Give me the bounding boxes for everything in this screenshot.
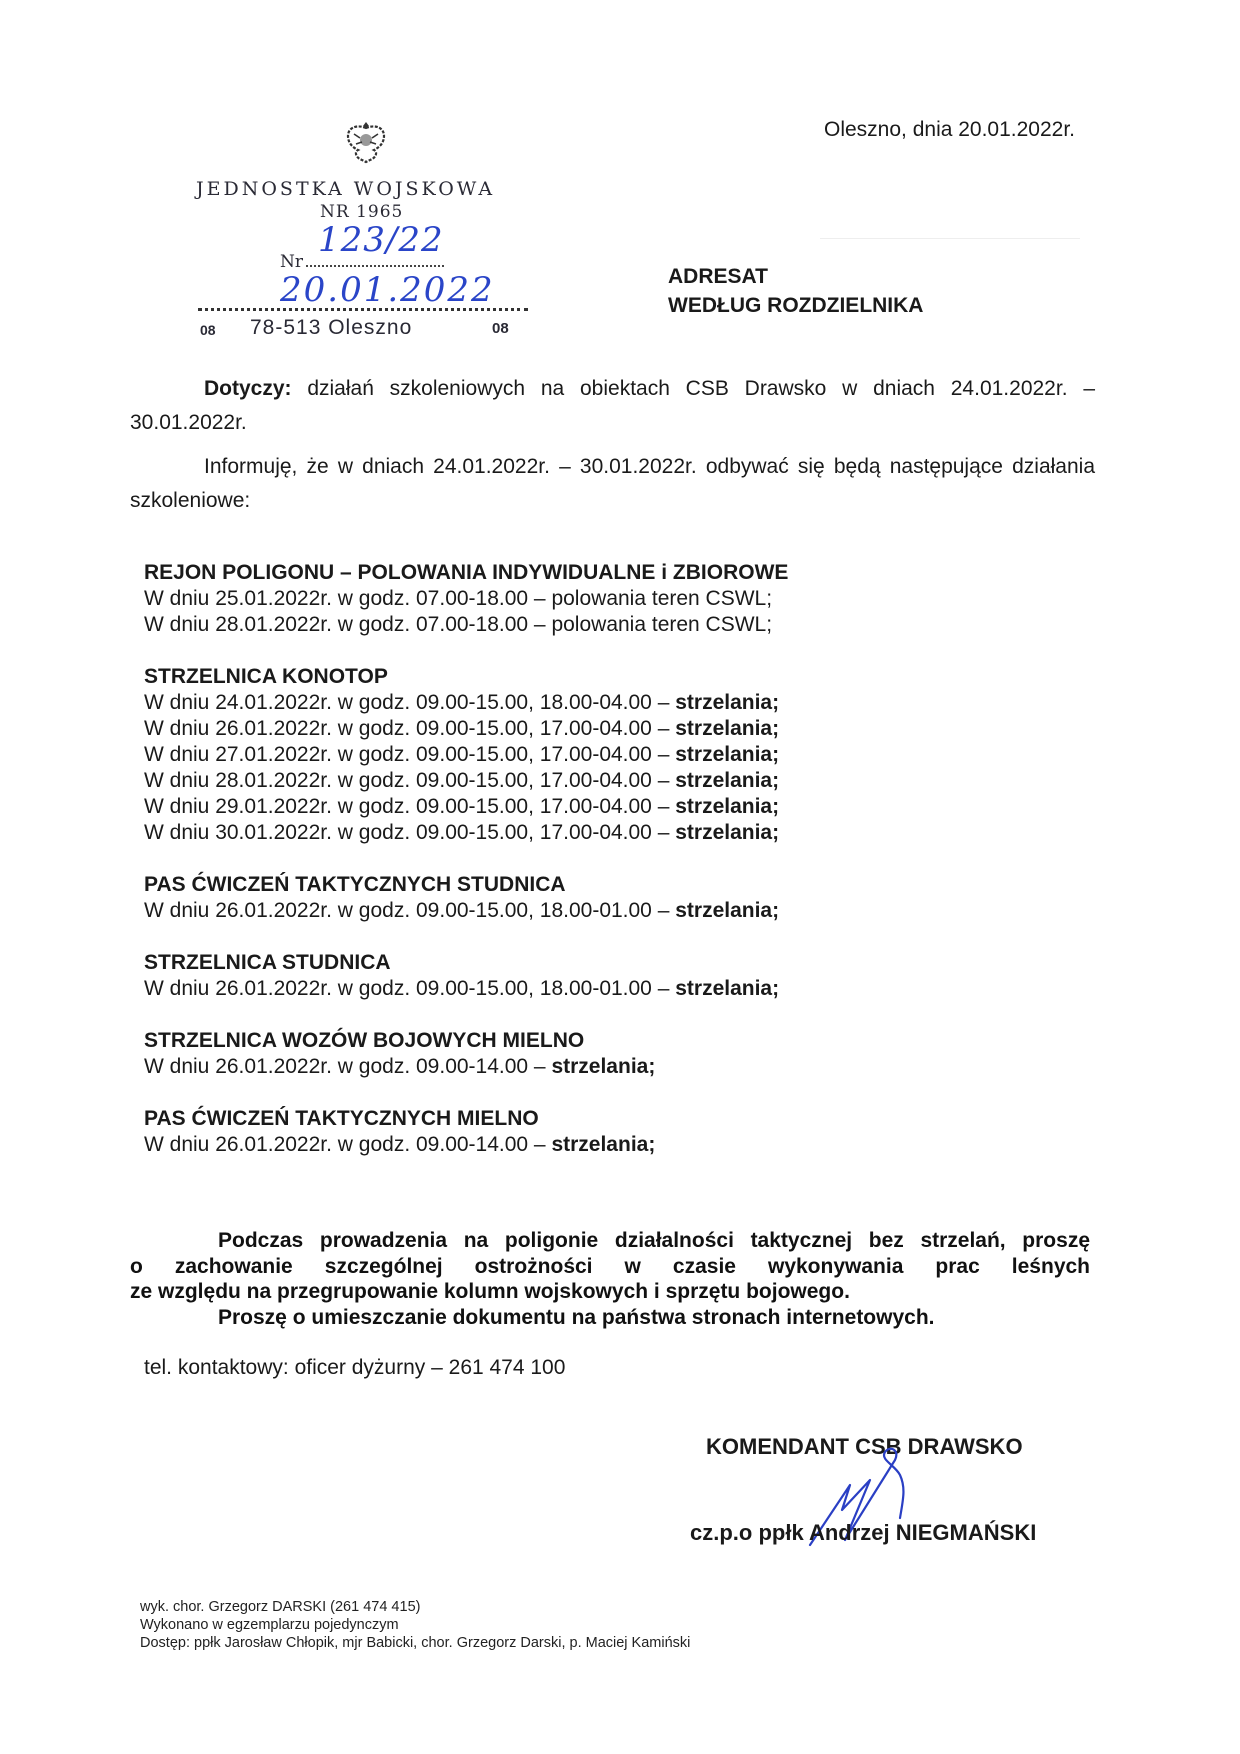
schedule-entry: W dniu 26.01.2022r. w godz. 09.00-15.00,… — [144, 898, 1044, 924]
schedule-entry: W dniu 26.01.2022r. w godz. 09.00-15.00,… — [144, 716, 1044, 742]
notice-line: ze względu na przegrupowanie kolumn wojs… — [130, 1279, 1090, 1305]
schedule-section: REJON POLIGONU – POLOWANIA INDYWIDUALNE … — [144, 560, 1044, 638]
schedule-entry: W dniu 26.01.2022r. w godz. 09.00-14.00 … — [144, 1132, 1044, 1158]
schedule-section: STRZELNICA KONOTOP W dniu 24.01.2022r. w… — [144, 664, 1044, 846]
official-stamp: JEDNOSTKA WOJSKOWA NR 1965 Nr 123/22 20.… — [170, 110, 530, 340]
schedule-section: STRZELNICA STUDNICA W dniu 26.01.2022r. … — [144, 950, 1044, 1002]
contact-phone: tel. kontaktowy: oficer dyżurny – 261 47… — [144, 1356, 565, 1380]
subject-label: Dotyczy: — [204, 377, 292, 400]
document-footer: wyk. chor. Grzegorz DARSKI (261 474 415)… — [140, 1598, 690, 1652]
schedule-section: STRZELNICA WOZÓW BOJOWYCH MIELNO W dniu … — [144, 1028, 1044, 1080]
footer-copies: Wykonano w egzemplarzu pojedynczym — [140, 1616, 690, 1634]
notice-line: Podczas prowadzenia na poligonie działal… — [130, 1228, 1090, 1254]
stamp-unit-name: JEDNOSTKA WOJSKOWA — [196, 178, 495, 200]
schedule-entry: W dniu 28.01.2022r. w godz. 07.00-18.00 … — [144, 612, 1044, 638]
handwritten-date: 20.01.2022 — [280, 270, 495, 310]
footer-author: wyk. chor. Grzegorz DARSKI (261 474 415) — [140, 1598, 690, 1616]
section-title: STRZELNICA WOZÓW BOJOWYCH MIELNO — [144, 1028, 1044, 1054]
schedule-section: PAS ĆWICZEŃ TAKTYCZNYCH STUDNICA W dniu … — [144, 872, 1044, 924]
footer-access: Dostęp: ppłk Jarosław Chłopik, mjr Babic… — [140, 1634, 690, 1652]
addressee-line-1: ADRESAT — [668, 262, 923, 291]
divider — [820, 238, 1080, 239]
intro-paragraph: Informuję, że w dniach 24.01.2022r. – 30… — [130, 450, 1095, 518]
schedule-entry: W dniu 27.01.2022r. w godz. 09.00-15.00,… — [144, 742, 1044, 768]
stamp-dotted-line — [306, 265, 444, 267]
safety-notice: Podczas prowadzenia na poligonie działal… — [130, 1228, 1090, 1330]
schedule-entry: W dniu 25.01.2022r. w godz. 07.00-18.00 … — [144, 586, 1044, 612]
schedule-entry: W dniu 30.01.2022r. w godz. 09.00-15.00,… — [144, 820, 1044, 846]
stamp-unit-number: NR 1965 — [320, 202, 403, 222]
subject-paragraph: Dotyczy: działań szkoleniowych na obiekt… — [130, 372, 1095, 440]
place-and-date: Oleszno, dnia 20.01.2022r. — [824, 118, 1075, 142]
addressee: ADRESAT WEDŁUG ROZDZIELNIKA — [668, 262, 923, 320]
stamp-code-right: 08 — [492, 320, 509, 337]
stamp-dotted-line — [198, 308, 528, 311]
schedule-entry: W dniu 24.01.2022r. w godz. 09.00-15.00,… — [144, 690, 1044, 716]
schedule-entry: W dniu 26.01.2022r. w godz. 09.00-15.00,… — [144, 976, 1044, 1002]
section-title: STRZELNICA KONOTOP — [144, 664, 1044, 690]
schedule-entry: W dniu 29.01.2022r. w godz. 09.00-15.00,… — [144, 794, 1044, 820]
schedule-section: PAS ĆWICZEŃ TAKTYCZNYCH MIELNO W dniu 26… — [144, 1106, 1044, 1158]
schedule-sections: REJON POLIGONU – POLOWANIA INDYWIDUALNE … — [144, 560, 1044, 1184]
section-title: PAS ĆWICZEŃ TAKTYCZNYCH MIELNO — [144, 1106, 1044, 1132]
signatory-name: cz.p.o ppłk Andrzej NIEGMAŃSKI — [690, 1520, 1036, 1546]
polish-eagle-emblem-icon — [342, 118, 390, 166]
section-title: PAS ĆWICZEŃ TAKTYCZNYCH STUDNICA — [144, 872, 1044, 898]
section-title: REJON POLIGONU – POLOWANIA INDYWIDUALNE … — [144, 560, 1044, 586]
notice-line: o zachowanie szczególnej ostrożności w c… — [130, 1254, 1090, 1280]
stamp-address: 78-513 Oleszno — [250, 316, 412, 340]
section-title: STRZELNICA STUDNICA — [144, 950, 1044, 976]
schedule-entry: W dniu 26.01.2022r. w godz. 09.00-14.00 … — [144, 1054, 1044, 1080]
handwritten-document-number: 123/22 — [318, 220, 444, 260]
notice-line: Proszę o umieszczanie dokumentu na państ… — [130, 1305, 1090, 1331]
stamp-nr-label: Nr — [280, 252, 303, 272]
schedule-entry: W dniu 28.01.2022r. w godz. 09.00-15.00,… — [144, 768, 1044, 794]
stamp-code-left: 08 — [200, 322, 216, 338]
addressee-line-2: WEDŁUG ROZDZIELNIKA — [668, 291, 923, 320]
